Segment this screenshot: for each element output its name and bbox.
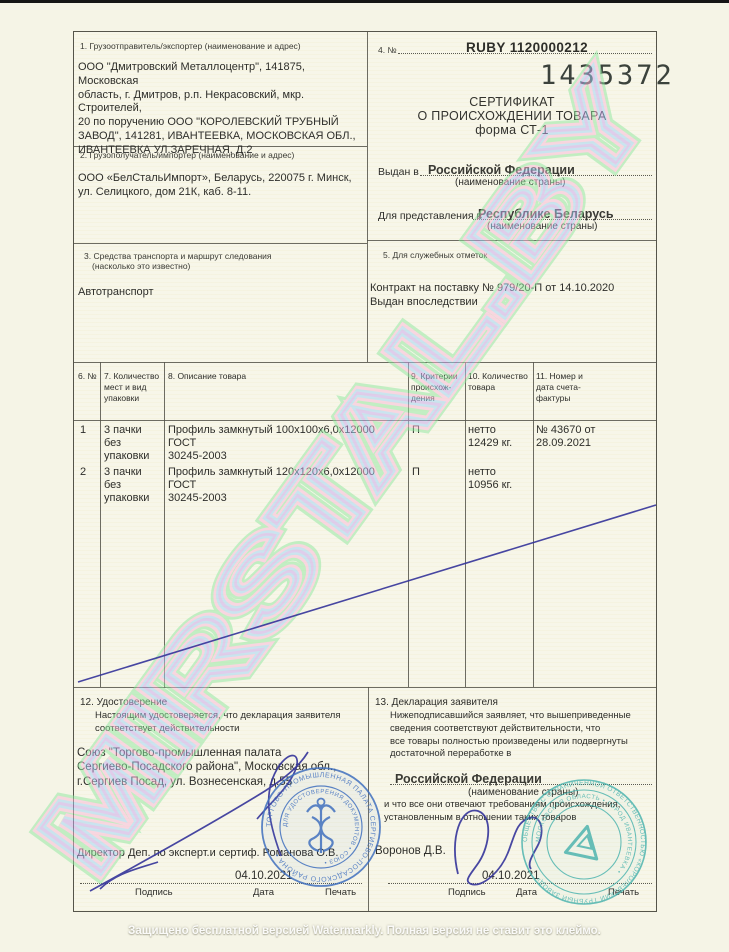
presented-in-value: Республике Беларусь bbox=[478, 207, 614, 221]
declaration-body: Нижеподписавшийся заявляет, что вышеприв… bbox=[390, 710, 656, 761]
issued-in-label: Выдан в bbox=[378, 166, 419, 178]
cert-title-3: форма СТ-1 bbox=[367, 123, 657, 137]
presented-in-hint: (наименование страны) bbox=[487, 221, 597, 232]
issued-in-value: Российской Федерации bbox=[428, 163, 575, 177]
transport-value: Автотранспорт bbox=[78, 286, 154, 300]
col-header-invoice: 11. Номер и дата счета- фактуры bbox=[536, 371, 654, 404]
row1-num: 1 bbox=[80, 424, 86, 437]
declaration-label: 13. Декларация заявителя bbox=[375, 697, 498, 708]
right-sign-label: Подпись bbox=[448, 887, 486, 898]
left-signature-line bbox=[80, 869, 362, 884]
row2-crit: П bbox=[412, 466, 420, 479]
right-date-value: 04.10.2021 bbox=[482, 870, 540, 882]
table-top-border bbox=[73, 362, 657, 363]
row2-desc: Профиль замкнутый 120х120х6,0х12000 ГОСТ… bbox=[168, 466, 406, 506]
watermarkly-footer-text: Защищено бесплатной версией Watermarkly.… bbox=[0, 925, 729, 937]
transport-label: 3. Средства транспорта и маршрут следова… bbox=[84, 251, 272, 261]
left-date-value: 04.10.2021 bbox=[235, 870, 293, 882]
table-bottom-border bbox=[73, 687, 657, 688]
col-header-qty: 7. Количество мест и вид упаковки bbox=[104, 371, 162, 404]
cert-number-value: RUBY 1120000212 bbox=[400, 40, 654, 55]
chamber-name: Союз "Торгово-промышленная палата Сергие… bbox=[77, 746, 367, 789]
right-date-label: Дата bbox=[516, 887, 537, 898]
right-stamp-label: Печать bbox=[608, 887, 639, 898]
row1-invoice: № 43670 от 28.09.2021 bbox=[536, 424, 654, 450]
divider-box2-box3 bbox=[73, 243, 367, 244]
table-col-line-4 bbox=[465, 362, 466, 687]
left-stamp-label: Печать bbox=[325, 887, 356, 898]
table-col-line-2 bbox=[164, 362, 165, 687]
importer-label: 2. Грузополучатель/импортер (наименовани… bbox=[80, 150, 294, 160]
cert-title-1: СЕРТИФИКАТ bbox=[367, 95, 657, 109]
col-header-desc: 8. Описание товара bbox=[168, 371, 404, 382]
col-header-crit: 9. Критерии происхож- дения bbox=[411, 371, 463, 404]
presented-in-label: Для представления в bbox=[378, 210, 482, 222]
transport-label-2: (насколько это известно) bbox=[92, 261, 190, 271]
table-col-line-5 bbox=[533, 362, 534, 687]
row1-qty: 3 пачки без упаковки bbox=[104, 424, 162, 464]
divider-box12-box13 bbox=[368, 687, 369, 912]
table-col-line-1 bbox=[100, 362, 101, 687]
table-col-line-3 bbox=[408, 362, 409, 687]
official-marks-line2: Выдан впоследствии bbox=[370, 296, 655, 310]
row1-crit: П bbox=[412, 424, 420, 437]
cert-serial-number: 1435372 bbox=[540, 60, 675, 91]
declarant-signer: Воронов Д.В. bbox=[375, 845, 446, 857]
certification-label: 12. Удостоверение bbox=[80, 697, 167, 708]
scanned-certificate-page: { "accent_colors": { "pen_blue": "#34349… bbox=[0, 0, 729, 952]
row2-amount: нетто 10956 кг. bbox=[468, 466, 530, 492]
exporter-label: 1. Грузоотправитель/экспортер (наименова… bbox=[80, 41, 301, 51]
official-marks-label: 5. Для служебных отметок bbox=[383, 250, 487, 260]
table-header-border bbox=[73, 420, 657, 421]
official-marks-line1: Контракт на поставку № 979/20-П от 14.10… bbox=[370, 282, 655, 296]
col-header-num: 6. № bbox=[78, 371, 97, 382]
certification-body: Настоящим удостоверяется, что декларация… bbox=[95, 710, 365, 736]
row1-amount: нетто 12429 кг. bbox=[468, 424, 530, 450]
row2-num: 2 bbox=[80, 466, 86, 479]
row1-desc: Профиль замкнутый 100х100х6,0х12000 ГОСТ… bbox=[168, 424, 406, 464]
chamber-signer: Директор Деп. по эксперт.и сертиф. Роман… bbox=[77, 847, 338, 859]
cert-number-label: 4. № bbox=[378, 45, 397, 55]
declaration-country-hint: (наименование страны) bbox=[468, 787, 578, 798]
cert-title-2: О ПРОИСХОЖДЕНИИ ТОВАРА bbox=[367, 109, 657, 123]
divider-vertical-top bbox=[367, 31, 368, 362]
col-header-amount: 10. Количество товара bbox=[468, 371, 530, 393]
declaration-country: Российской Федерации bbox=[395, 772, 542, 786]
importer-value: ООО «БелСтальИмпорт», Беларусь, 220075 г… bbox=[78, 172, 366, 200]
left-sign-label: Подпись bbox=[135, 887, 173, 898]
row2-qty: 3 пачки без упаковки bbox=[104, 466, 162, 506]
declaration-tail: и что все они отвечают требованиям проис… bbox=[384, 799, 650, 825]
left-date-label: Дата bbox=[253, 887, 274, 898]
issued-in-hint: (наименование страны) bbox=[455, 177, 565, 188]
exporter-value: ООО "Дмитровский Металлоцентр", 141875, … bbox=[78, 61, 366, 157]
scan-top-edge bbox=[0, 0, 729, 3]
divider-box4-box5 bbox=[367, 240, 657, 241]
